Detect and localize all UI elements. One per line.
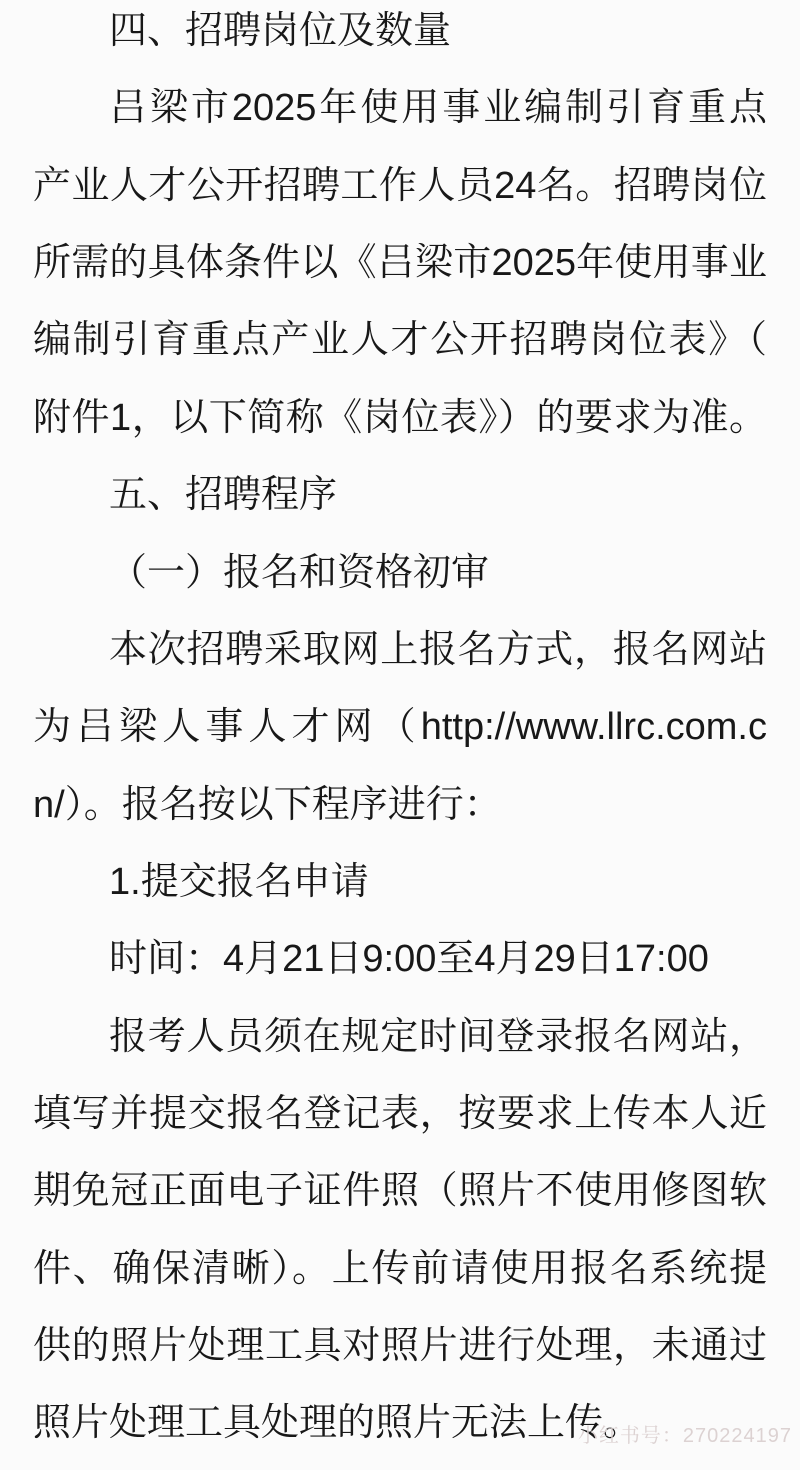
text-line: 供的照片处理工具对照片进行处理，未通过	[33, 1308, 767, 1385]
document-page: 四、招聘岗位及数量 吕梁市2025年使用事业编制引育重点 产业人才公开招聘工作人…	[0, 0, 800, 1470]
text-line: 填写并提交报名登记表，按要求上传本人近	[33, 1076, 767, 1153]
xiaohongshu-id-watermark: 小红书号：270224197	[578, 1419, 792, 1448]
sub-heading: 1.提交报名申请	[33, 844, 767, 921]
text-line: 编制引育重点产业人才公开招聘岗位表》（	[33, 302, 767, 379]
section-heading: 四、招聘岗位及数量	[33, 0, 767, 70]
text-line: 吕梁市2025年使用事业编制引育重点	[33, 70, 767, 147]
text-line: 时间：4月21日9:00至4月29日17:00	[33, 921, 767, 998]
text-line: 报考人员须在规定时间登录报名网站，	[33, 999, 767, 1076]
text-line: 产业人才公开招聘工作人员24名。招聘岗位	[33, 148, 767, 225]
text-line: 所需的具体条件以《吕梁市2025年使用事业	[33, 225, 767, 302]
text-line: n/）。报名按以下程序进行：	[33, 767, 767, 844]
text-line: 本次招聘采取网上报名方式，报名网站	[33, 612, 767, 689]
text-line: 件、确保清晰）。上传前请使用报名系统提	[33, 1231, 767, 1308]
sub-heading: （一）报名和资格初审	[33, 535, 767, 612]
text-line: 附件1，以下简称《岗位表》）的要求为准。	[33, 380, 767, 457]
document-body: 四、招聘岗位及数量 吕梁市2025年使用事业编制引育重点 产业人才公开招聘工作人…	[0, 0, 800, 1463]
section-heading: 五、招聘程序	[33, 457, 767, 534]
text-line: 为吕梁人事人才网（http://www.llrc.com.c	[33, 689, 767, 766]
text-line: 期免冠正面电子证件照（照片不使用修图软	[33, 1153, 767, 1230]
